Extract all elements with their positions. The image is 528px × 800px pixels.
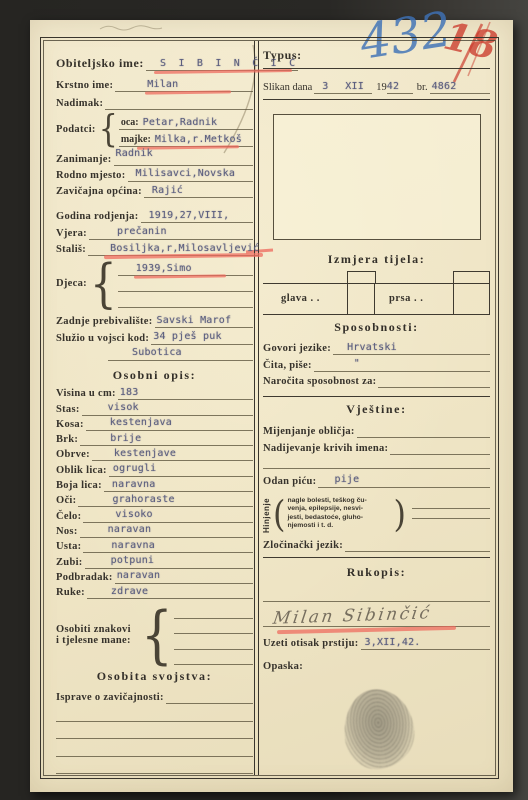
section-rule <box>263 557 490 558</box>
field-label: Zadnje prebivalište: <box>56 316 155 328</box>
blank-row <box>56 741 253 757</box>
ruled-line: grahoraste <box>78 491 253 507</box>
red-underline-mark <box>104 253 263 259</box>
form-outer-border: Obiteljsko ime: S I B I N Č I Ć Krstno i… <box>40 37 499 779</box>
typed-value: zdrave <box>87 587 148 599</box>
measurements-table: glava . . prsa . . <box>263 271 490 315</box>
section-header-measurements: Izmjera tijela: <box>263 253 490 267</box>
typed-value: 34 pješ puk <box>151 332 221 344</box>
field-label: Zločinački jezik: <box>263 540 345 552</box>
typed-value: grahoraste <box>78 495 174 507</box>
ruled-line: kestenjava <box>86 415 253 431</box>
section-rule <box>263 396 490 397</box>
ruled-line: 1939,Simo <box>118 260 253 276</box>
field-label: Odan piću: <box>263 476 318 488</box>
text-line: jesti, bedastoće, gluho- <box>287 514 391 522</box>
field-occupation: Zanimanje: Radnik <box>56 150 253 165</box>
field-last-residence: Zadnje prebivalište: Savski Marof <box>56 313 253 328</box>
field-criminal-language: Zločinački jezik: <box>263 537 490 552</box>
field-label: Djeca: <box>56 278 89 290</box>
typed-value: pije <box>318 475 359 487</box>
ruled-line: Milisavci,Novska <box>128 166 253 182</box>
field-label: Ruke: <box>56 587 87 599</box>
blank-row <box>56 706 253 722</box>
field-teeth: Zubi: potpuni <box>56 553 253 568</box>
handwritten-signature: Milan Sibinčić <box>272 605 433 628</box>
ruled-line <box>345 536 490 552</box>
ruled-line: brije <box>80 430 253 446</box>
field-false-names: Nadijevanje krivih imena: <box>263 440 490 455</box>
field-label: Vjera: <box>56 228 89 240</box>
ruled-line <box>118 276 253 292</box>
text-line: venja, epilepsije, nesvi- <box>287 505 391 513</box>
typed-value: Milan <box>115 80 178 92</box>
ruled-line: Subotica <box>108 345 253 361</box>
typed-value: naravna <box>83 541 155 553</box>
field-photo-date: Slikan dana 3 XII 19 42 br. 4862 <box>263 78 490 94</box>
field-label: Mijenjanje obličja: <box>263 426 357 438</box>
field-drinking: Odan piću: pije <box>263 472 490 487</box>
field-label: Godina rodjenja: <box>56 211 141 223</box>
ruled-line <box>118 292 253 308</box>
field-label: Obiteljsko ime: <box>56 57 146 71</box>
typed-value: visok <box>82 403 139 415</box>
field-label: Čita, piše: <box>263 360 314 372</box>
field-label: Zubi: <box>56 557 85 569</box>
section-header-abilities: Sposobnosti: <box>263 321 490 335</box>
field-label: Oči: <box>56 495 78 507</box>
ruled-line: 3 <box>314 77 338 94</box>
ruled-line: naravna <box>83 537 253 553</box>
round-brace: ) <box>391 495 407 532</box>
typed-value: ogrugli <box>109 464 157 476</box>
typed-value: 4862 <box>430 82 457 94</box>
field-birth-year: Godina rodjenja: 1919,27,VIII, <box>56 208 253 223</box>
ruled-line <box>174 619 253 635</box>
ruled-line <box>174 634 253 650</box>
ruled-line: Savski Marof <box>155 312 253 328</box>
field-label: Zanimanje: <box>56 154 114 166</box>
typed-value: Subotica <box>108 348 182 360</box>
ruled-line <box>378 372 490 388</box>
field-languages: Govori jezike: Hrvatski <box>263 340 490 355</box>
ruled-line: Milan <box>115 74 253 92</box>
field-feigning: Hinjenje ( nagle bolesti, teškog ču- ven… <box>263 494 490 534</box>
curly-brace: { <box>140 604 174 667</box>
ruled-line: 42 <box>387 77 413 94</box>
field-marital-status: Stališ: Bosiljka,r,Milosavljević <box>56 241 253 256</box>
typed-value: 1939,Simo <box>118 264 192 276</box>
typed-value: 183 <box>118 388 139 400</box>
ruled-line <box>56 758 253 775</box>
blank-row <box>263 457 490 469</box>
record-card: 432 18 Obiteljsko ime: S I B I N Č I Ć <box>30 20 513 792</box>
typed-value: prečanin <box>89 227 167 239</box>
typed-value: Hrvatski <box>333 343 397 355</box>
field-special-marks: Osobiti znakovi i tjelesne mane: { <box>56 605 253 665</box>
field-label: Rodno mjesto: <box>56 170 128 182</box>
table-cell-tab <box>453 271 490 284</box>
field-documents: Isprave o zavičajnosti: <box>56 689 253 704</box>
field-typus: Typus: <box>263 47 490 63</box>
field-label: Uzeti otisak prstiju: <box>263 638 361 650</box>
scan-background: 432 18 Obiteljsko ime: S I B I N Č I Ć <box>0 0 528 800</box>
marks-lines <box>174 605 253 665</box>
field-label: Obrve: <box>56 449 92 461</box>
field-label: Osobiti znakovi <box>56 624 140 635</box>
ruled-line: oca: Petar,Radnik <box>119 113 253 130</box>
field-label: Zavičajna općina: <box>56 186 144 198</box>
ruled-line: pije <box>318 471 490 487</box>
table-line <box>489 283 490 314</box>
typed-value: 3,XII,42. <box>361 638 421 650</box>
sub-label: oca: <box>119 118 139 129</box>
typed-value: brije <box>80 434 141 446</box>
field-label: Brk: <box>56 434 80 446</box>
ruled-line: zdrave <box>87 583 253 599</box>
field-reads-writes: Čita, piše: " <box>263 356 490 371</box>
ruled-line <box>390 439 490 455</box>
field-religion: Vjera: prečanin <box>56 224 253 239</box>
typed-value: naravna <box>104 480 156 492</box>
field-label: Opaska: <box>263 661 305 673</box>
field-label: Isprave o zavičajnosti: <box>56 692 166 704</box>
ruled-line: kestenjave <box>92 445 253 461</box>
left-column: Obiteljsko ime: S I B I N Č I Ć Krstno i… <box>56 41 253 774</box>
field-eyebrows: Obrve: kestenjave <box>56 446 253 461</box>
parents-lines: oca: Petar,Radnik majke: Milka,r.Metkoš <box>119 113 253 147</box>
field-nose: Nos: naravan <box>56 523 253 538</box>
field-parents: Podatci: { oca: Petar,Radnik majke: Milk… <box>56 113 253 147</box>
field-label: Usta: <box>56 541 83 553</box>
field-label: Slikan dana <box>263 83 314 95</box>
ruled-line: visok <box>82 399 253 415</box>
field-label: Stas: <box>56 404 82 416</box>
field-remark: Opaska: <box>263 659 490 673</box>
field-fingerprints: Uzeti otisak prstiju: 3,XII,42. <box>263 635 490 650</box>
ruled-line <box>263 588 490 602</box>
section-header-handwriting: Rukopis: <box>263 566 490 580</box>
ruled-line <box>56 723 253 740</box>
round-brace: ( <box>271 495 287 532</box>
field-label-block: Osobiti znakovi i tjelesne mane: <box>56 624 140 646</box>
typed-value: XII <box>338 82 364 94</box>
table-line <box>453 283 454 314</box>
ruled-line: 34 pješ puk <box>151 328 253 344</box>
field-first-name: Krstno ime: Milan <box>56 75 253 92</box>
field-forehead: Čelo: visoko <box>56 507 253 522</box>
field-build: Stas: visok <box>56 400 253 415</box>
ruled-line: prečanin <box>89 223 253 239</box>
field-hair: Kosa: kestenjava <box>56 416 253 431</box>
typed-value: naravan <box>115 571 161 583</box>
column-divider <box>254 41 259 775</box>
ruled-line: majke: Milka,r.Metkoš <box>119 130 253 147</box>
typed-value: kestenjave <box>92 449 176 461</box>
curly-brace: { <box>98 112 119 150</box>
typed-value: Savski Marof <box>155 316 232 328</box>
typed-value: Petar,Radnik <box>139 118 218 130</box>
field-complexion: Boja lica: naravna <box>56 477 253 492</box>
typed-value: kestenjava <box>86 418 172 430</box>
field-label-vertical: Hinjenje <box>263 495 271 533</box>
field-birthplace: Rodno mjesto: Milisavci,Novska <box>56 167 253 182</box>
feigning-description: nagle bolesti, teškog ču- venja, epileps… <box>287 497 391 531</box>
ruled-line: ogrugli <box>109 460 253 476</box>
typed-value: Radnik <box>114 149 153 161</box>
ruled-line: visoko <box>83 506 253 522</box>
field-hands: Ruke: zdrave <box>56 584 253 599</box>
typed-value: " <box>314 359 360 371</box>
field-label: Govori jezike: <box>263 343 333 355</box>
right-column: Typus: Slikan dana 3 XII 19 42 br. 4862 <box>263 41 490 673</box>
blank-row <box>56 724 253 740</box>
typed-value: 3 <box>314 82 328 94</box>
curly-brace: { <box>89 258 118 311</box>
field-face-shape: Oblik lica: ogrugli <box>56 461 253 476</box>
field-label: Nadijevanje krivih imena: <box>263 443 390 455</box>
ruled-line: naravan <box>80 522 253 538</box>
field-label: Nos: <box>56 526 80 538</box>
fingerprint-smudge <box>339 685 418 773</box>
blank-row <box>263 589 490 602</box>
ruled-line: 1919,27,VIII, <box>141 207 254 223</box>
field-label: Stališ: <box>56 244 88 256</box>
ruled-line <box>56 705 253 722</box>
section-header-personal-description: Osobni opis: <box>56 369 253 383</box>
field-height: Visina u cm: 183 <box>56 385 253 400</box>
field-chin: Podbradak: naravan <box>56 569 253 584</box>
field-special-ability: Naročita sposobnost za: <box>263 373 490 388</box>
table-line <box>374 283 375 314</box>
typed-value: 1919,27,VIII, <box>141 211 230 223</box>
ruled-line: XII <box>338 77 372 94</box>
text-line: nagle bolesti, teškog ču- <box>287 497 391 505</box>
field-label: Podatci: <box>56 124 98 136</box>
ruled-line: potpuni <box>85 552 253 568</box>
ruled-line <box>263 456 490 469</box>
ruled-line: Hrvatski <box>333 339 490 355</box>
ruled-line <box>105 94 253 110</box>
field-family-name: Obiteljsko ime: S I B I N Č I Ć <box>56 51 253 71</box>
ruled-line <box>174 603 253 619</box>
field-label: br. <box>413 83 430 95</box>
ruled-line <box>357 422 490 438</box>
field-label: Oblik lica: <box>56 465 109 477</box>
field-eyes: Oči: grahoraste <box>56 492 253 507</box>
field-label: Typus: <box>263 49 304 63</box>
typed-value: potpuni <box>85 556 155 568</box>
field-military-service: Služio u vojsci kod: 34 pješ puk <box>56 329 253 344</box>
field-disguise: Mijenjanje obličja: <box>263 423 490 438</box>
ruled-line: 183 <box>118 384 253 400</box>
typed-value: Rajić <box>144 186 183 198</box>
field-label: Krstno ime: <box>56 80 115 92</box>
text-line: njemosti i t. d. <box>287 522 391 530</box>
ruled-line: naravna <box>104 476 253 492</box>
field-label: Naročita sposobnost za: <box>263 376 378 388</box>
form-content: Obiteljsko ime: S I B I N Č I Ć Krstno i… <box>44 41 495 775</box>
table-cell-tab <box>347 271 376 284</box>
typed-value: 42 <box>387 82 399 94</box>
pencil-scribble <box>100 26 162 30</box>
field-home-municipality: Zavičajna općina: Rajić <box>56 183 253 198</box>
ruled-line: " <box>314 355 490 371</box>
section-header-skills: Vještine: <box>263 403 490 417</box>
ruled-line <box>56 740 253 757</box>
field-nickname: Nadimak: <box>56 95 253 110</box>
ruled-line <box>412 518 490 519</box>
typed-value: naravan <box>80 525 152 537</box>
ruled-line: Rajić <box>144 182 253 198</box>
table-line <box>263 314 490 315</box>
ruled-line: naravan <box>115 568 253 584</box>
section-header-special-traits: Osobita svojstva: <box>56 670 253 684</box>
ruled-line <box>166 688 253 704</box>
typed-value: Milisavci,Novska <box>128 169 236 181</box>
ruled-line: 3,XII,42. <box>361 634 490 650</box>
field-moustache: Brk: brije <box>56 431 253 446</box>
signature-row: Milan Sibinčić <box>263 602 490 627</box>
ruled-line: 4862 <box>430 77 490 94</box>
section-rule <box>263 99 490 100</box>
field-military-service-2: Subotica <box>56 346 253 361</box>
typed-value: visoko <box>83 510 152 522</box>
field-label: i tjelesne mane: <box>56 635 140 646</box>
photo-box <box>273 114 481 240</box>
field-children: Djeca: { 1939,Simo <box>56 260 253 308</box>
field-label: Služio u vojsci kod: <box>56 333 151 345</box>
ruled-line <box>412 508 490 509</box>
blank-row <box>56 759 253 775</box>
sub-label: majke: <box>119 135 151 146</box>
children-lines: 1939,Simo <box>118 260 253 308</box>
ruled-line <box>174 650 253 666</box>
table-line <box>347 283 348 314</box>
field-label: prsa . . <box>389 294 423 305</box>
field-label: glava . . <box>281 294 320 305</box>
field-mouth: Usta: naravna <box>56 538 253 553</box>
section-rule <box>263 68 490 69</box>
feigning-answer-lines <box>408 508 490 519</box>
ruled-line: Radnik <box>114 149 254 165</box>
